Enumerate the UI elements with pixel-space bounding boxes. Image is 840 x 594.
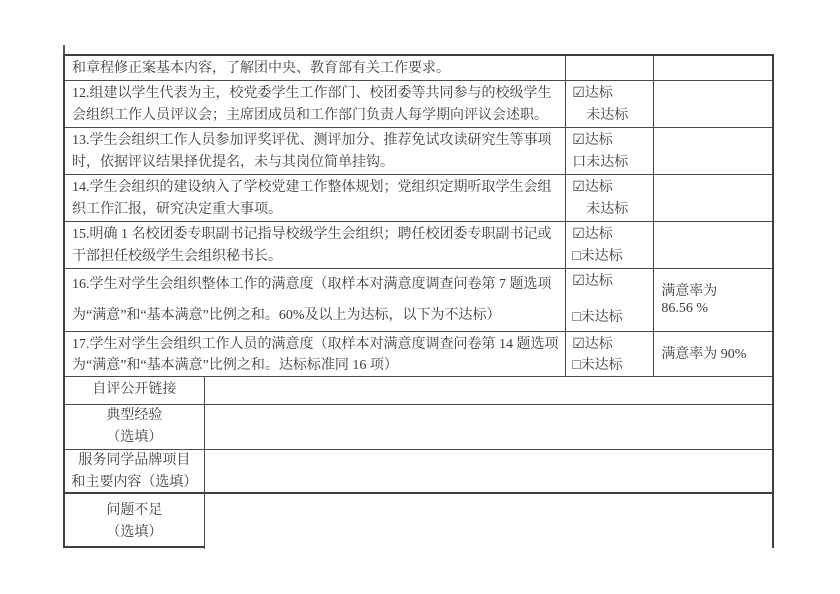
met-checkbox[interactable]: ☑达标 bbox=[572, 130, 651, 152]
criterion-text: 16.学生对学生会组织整体工作的满意度（取样本对满意度调查问卷第 7 题选项为“… bbox=[65, 269, 566, 332]
not-met-checkbox[interactable]: □未达标 bbox=[572, 355, 651, 376]
status-cell: ☑达标 未达标 bbox=[566, 175, 654, 222]
table-row: 问题不足 （选填） bbox=[65, 494, 772, 549]
met-checkbox[interactable]: ☑达标 bbox=[572, 224, 651, 246]
field-label-line: （选填） bbox=[65, 522, 204, 544]
result-cell bbox=[654, 128, 772, 175]
self-evaluation-table: 和章程修正案基本内容，了解团中央、教育部有关工作要求。 12.组建以学生代表为主… bbox=[63, 54, 774, 496]
issues-table: 问题不足 （选填） bbox=[63, 492, 774, 548]
status-cell: ☑达标 未达标 bbox=[566, 81, 654, 128]
criterion-text: 12.组建以学生代表为主，校党委学生工作部门、校团委等共同参与的校级学生会组织工… bbox=[65, 81, 566, 128]
table-row: 17.学生对学生会组织工作人员的满意度（取样本对满意度调查问卷第 14 题选项为… bbox=[65, 332, 772, 377]
not-met-checkbox[interactable]: 口未达标 bbox=[572, 152, 651, 174]
table-row: 12.组建以学生代表为主，校党委学生工作部门、校团委等共同参与的校级学生会组织工… bbox=[65, 81, 772, 128]
satisfaction-rate: 86.56 % bbox=[661, 300, 769, 317]
result-cell: 满意率为 90% bbox=[654, 332, 772, 377]
result-cell: 满意率为 86.56 % bbox=[654, 269, 772, 332]
table-row: 14.学生会组织的建设纳入了学校党建工作整体规划；党组织定期听取学生会组织工作汇… bbox=[65, 175, 772, 222]
field-label-self-eval-link: 自评公开链接 bbox=[65, 377, 204, 404]
status-cell: ☑达标 □未达标 bbox=[566, 332, 654, 377]
table-row: 典型经验 （选填） bbox=[65, 404, 772, 449]
status-cell: ☑达标 □未达标 bbox=[566, 269, 654, 332]
criteria-table: 和章程修正案基本内容，了解团中央、教育部有关工作要求。 12.组建以学生代表为主… bbox=[65, 56, 772, 377]
field-label-line: 典型经验 bbox=[65, 405, 204, 427]
met-checkbox[interactable]: ☑达标 bbox=[572, 83, 651, 105]
status-cell: ☑达标 □未达标 bbox=[566, 222, 654, 269]
criterion-text: 13.学生会组织工作人员参加评奖评优、测评加分、推荐免试攻读研究生等事项时，依据… bbox=[65, 128, 566, 175]
satisfaction-rate: 满意率为 bbox=[661, 283, 769, 300]
field-label-issues: 问题不足 （选填） bbox=[65, 494, 204, 549]
field-label-typical-experience: 典型经验 （选填） bbox=[65, 404, 204, 449]
table-row: 13.学生会组织工作人员参加评奖评优、测评加分、推荐免试攻读研究生等事项时，依据… bbox=[65, 128, 772, 175]
field-label-line: 服务同学品牌项目 bbox=[65, 450, 204, 472]
table-row: 自评公开链接 bbox=[65, 377, 772, 404]
field-label-line: 和主要内容（选填） bbox=[65, 472, 204, 494]
criterion-text: 17.学生对学生会组织工作人员的满意度（取样本对满意度调查问卷第 14 题选项为… bbox=[65, 332, 566, 377]
criterion-text: 14.学生会组织的建设纳入了学校党建工作整体规划；党组织定期听取学生会组织工作汇… bbox=[65, 175, 566, 222]
status-cell bbox=[566, 56, 654, 81]
result-cell bbox=[654, 56, 772, 81]
not-met-checkbox[interactable]: □未达标 bbox=[572, 307, 651, 329]
criterion-text: 15.明确 1 名校团委专职副书记指导校级学生会组织；聘任校团委专职副书记或干部… bbox=[65, 222, 566, 269]
result-cell bbox=[654, 175, 772, 222]
status-cell: ☑达标 口未达标 bbox=[566, 128, 654, 175]
self-eval-link-input-cell[interactable] bbox=[204, 377, 772, 404]
field-label-line: 问题不足 bbox=[65, 500, 204, 522]
not-met-checkbox[interactable]: 未达标 bbox=[572, 105, 651, 127]
satisfaction-rate: 满意率为 90% bbox=[661, 346, 769, 363]
page-crop-artifact bbox=[63, 45, 65, 54]
field-label-brand-project: 服务同学品牌项目 和主要内容（选填） bbox=[65, 449, 204, 494]
met-checkbox[interactable]: ☑达标 bbox=[572, 177, 651, 199]
typical-experience-input-cell[interactable] bbox=[204, 404, 772, 449]
result-cell bbox=[654, 222, 772, 269]
met-checkbox[interactable]: ☑达标 bbox=[572, 271, 651, 293]
brand-project-input-cell[interactable] bbox=[204, 449, 772, 494]
field-label-line: 自评公开链接 bbox=[65, 379, 204, 401]
not-met-checkbox[interactable]: □未达标 bbox=[572, 246, 651, 268]
result-cell bbox=[654, 81, 772, 128]
table-row: 15.明确 1 名校团委专职副书记指导校级学生会组织；聘任校团委专职副书记或干部… bbox=[65, 222, 772, 269]
table-row: 16.学生对学生会组织整体工作的满意度（取样本对满意度调查问卷第 7 题选项为“… bbox=[65, 269, 772, 332]
criterion-text: 和章程修正案基本内容，了解团中央、教育部有关工作要求。 bbox=[65, 56, 566, 81]
table-row: 服务同学品牌项目 和主要内容（选填） bbox=[65, 449, 772, 494]
not-met-checkbox[interactable]: 未达标 bbox=[572, 199, 651, 221]
met-checkbox[interactable]: ☑达标 bbox=[572, 334, 651, 355]
issues-table-inner: 问题不足 （选填） bbox=[65, 494, 772, 549]
issues-input-cell[interactable] bbox=[204, 494, 772, 549]
fill-in-table: 自评公开链接 典型经验 （选填） 服务同学品牌项目 和主要内容（选填） bbox=[65, 377, 772, 494]
table-row: 和章程修正案基本内容，了解团中央、教育部有关工作要求。 bbox=[65, 56, 772, 81]
field-label-line: （选填） bbox=[65, 427, 204, 449]
